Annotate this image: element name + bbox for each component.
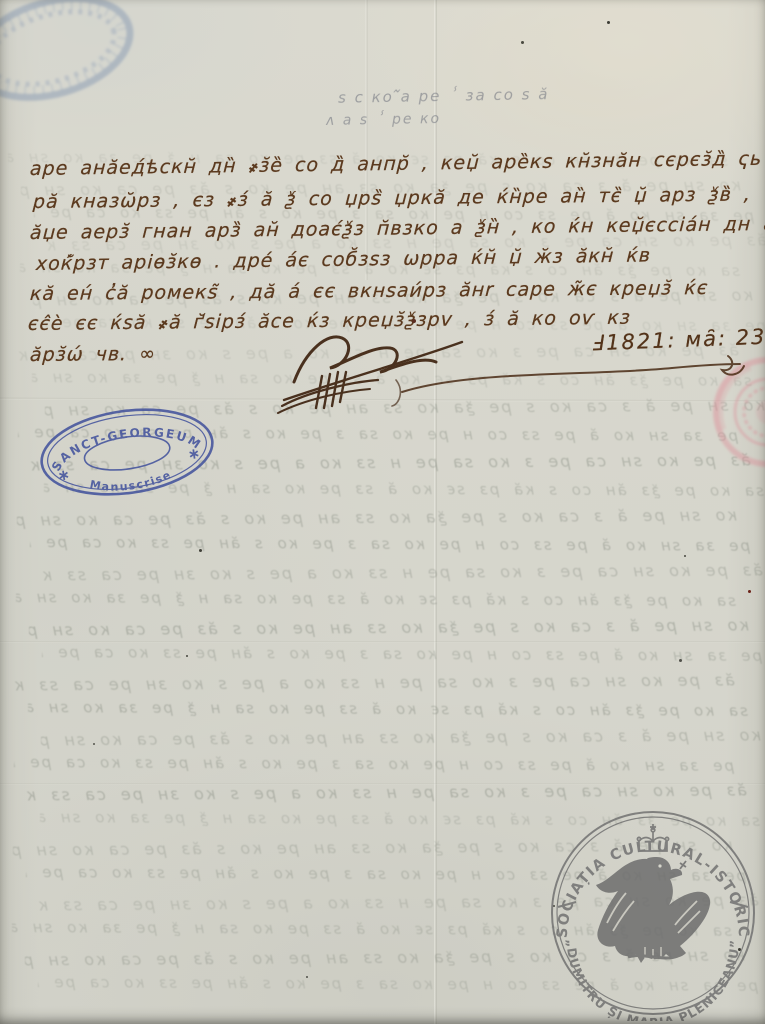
manuscript-line: хоќ̆рзт аріѳз̆кѳ . дре́ а́є соб̆зѕз ѡрра… [35,244,651,275]
bleedthrough-row: ко ѕн ре ӑ з са ко ѕ ре ѯа ко ѕз ан ре к… [29,615,749,639]
bleedthrough-row: ѕа ко ре ѯз ӑн со ѕ кӑ рз ѕє ко ӑ ѕз ре … [16,588,736,610]
horizontal-crease [0,783,765,785]
svg-text:SANCT-GEORGEUM: SANCT-GEORGEUM [45,416,206,475]
embossed-oval-stamp [0,0,162,122]
ink-speck [607,21,610,24]
association-watermark: ASOCIAȚIA CULTURAL-ISTORICĂ „DUMITRU ȘI … [545,805,761,1021]
bleedthrough-row: ко ѕн ре ӑ з са ко ѕ ре ѯа ко ѕз ан ре к… [41,725,761,749]
bleedthrough-row: ре за ѕн ко ӑ ре ѕз со н ре ко ѕа з ре к… [42,643,762,665]
horizontal-crease [0,641,765,643]
manuscript-line: кӑ ен́ с̓ӑ ромекѕ̃ , дӑ а́ єє вкнѕаи́рз … [29,277,709,305]
bleedthrough-row: ко ѕн ре ӑ з са ко ѕ ре ѯа ко ѕз ан ре к… [17,505,737,529]
bleedthrough-row: ѕа ко ре ѯз ӑн со ѕ кӑ рз ѕє ко ӑ ѕз ре … [28,698,748,720]
ink-speck [679,659,682,662]
ink-speck [521,41,524,44]
manuscript-line: рӑ кназѡ̆рз , єз ҂з́ ӑ ѯ со џрѕ̏ џркӑ де… [32,183,751,213]
bleedthrough-row: ӑз ре ко ѕн са ре з ко ѕа ре н ѕз ко а р… [27,780,747,804]
eagle-icon [596,857,710,963]
manuscript-page: ѕ с ко ᷉а ре ⸯ за со ѕ ӑ ʌ а ѕ ⸯ ре ко а… [0,0,765,1024]
manuscript-line: ӑрз̆ѡ́ чв. ∞ [29,343,156,366]
manuscript-line: аре анӑед́ѣскн̆ дн̏ ҂з̆е̏ со д̏ анпр̆ , … [29,148,762,180]
top-scribble-1: ѕ с ко ᷉а ре ⸯ за со ѕ ӑ [338,84,550,108]
stamp-rosette-left: ∗ [56,465,71,485]
ink-speck [748,590,751,593]
ink-speck [93,743,95,745]
ink-speck [684,555,686,557]
top-scribble-2: ʌ а ѕ ⸯ ре ко [326,109,441,130]
date-underline-flourish [392,348,757,400]
bleedthrough-row: ре за ѕн ко ӑ ре ѕз со н ре ко ѕа з ре к… [30,533,750,555]
ink-speck [199,549,202,552]
bleedthrough-row: ре за ѕн ко ӑ ре ѕз со н ре ко ѕа з ре к… [14,753,734,775]
beak-cross-icon [680,861,686,869]
library-stamp: SANCT-GEORGEUM Manuscrise ∗ ∗ [32,406,222,498]
manuscript-line: ӑџе аерз̆ гнан арз̏ ан̆ доає́ѯз п̆взко а… [29,213,765,244]
bleedthrough-row: ӑз ре ко ѕн са ре з ко ѕа ре н ѕз ко а р… [43,560,763,584]
bleedthrough-row: ӑз ре ко ѕн са ре з ко ѕа ре н ѕз ко а р… [15,670,735,694]
ink-speck [306,976,308,978]
stamp-rosette-right: ∗ [186,444,201,464]
ink-speck [186,655,188,657]
